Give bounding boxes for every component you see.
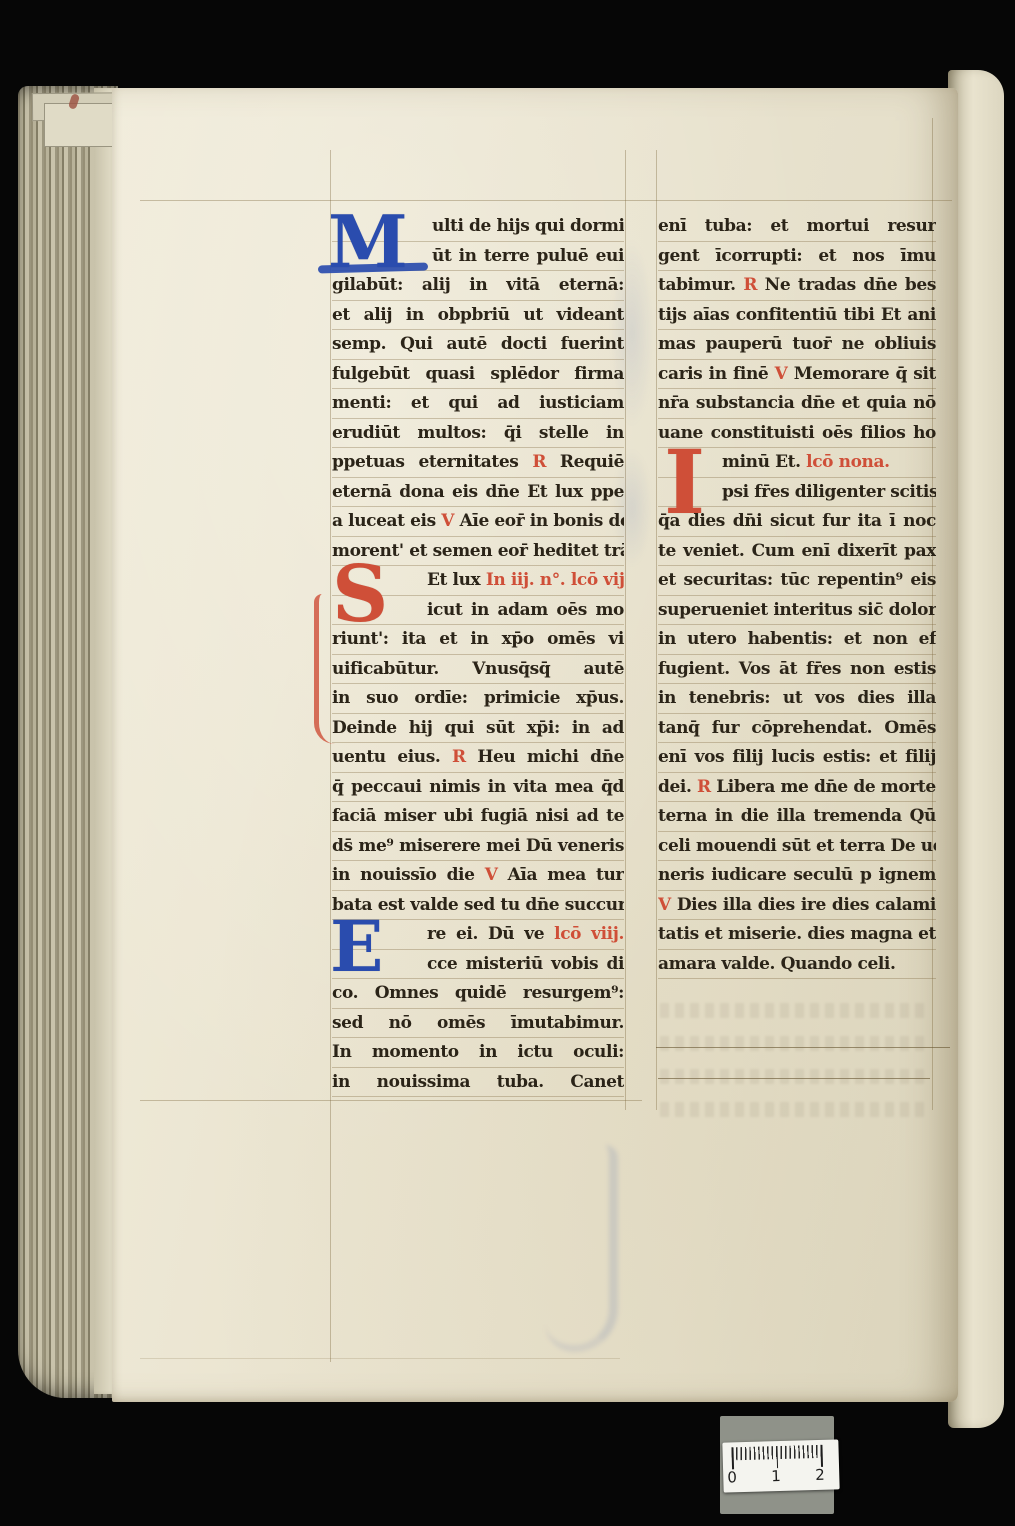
manuscript-line: terna in die illa tremenda Qū [658, 802, 936, 832]
manuscript-line: tabimur. R Ne tradas dn̄e bes [658, 271, 936, 301]
ruling-line-bottom-faint [140, 1358, 620, 1359]
ink-text: tabimur. [658, 275, 743, 295]
manuscript-line: te veniet. Cum enī dixerīt pax [658, 537, 936, 567]
manuscript-line: q̄ peccaui nimis in vita mea q̄d [332, 773, 624, 803]
photo-backdrop: ulti de hijs qui dormiūt in terre puluē … [0, 0, 1015, 1526]
showthrough-flourish [545, 1145, 618, 1352]
manuscript-line: in nouissima tuba. Canet [332, 1068, 624, 1098]
text-column-left: ulti de hijs qui dormiūt in terre puluē … [332, 212, 624, 1097]
manuscript-line: nr̄a substancia dn̄e et quia nō [658, 389, 936, 419]
ink-text: q̄ peccaui nimis in vita mea q̄d [332, 777, 624, 797]
ink-text: et securitas: tūc repentin⁹ eis [658, 570, 936, 590]
ink-text: in nouissima tuba. Canet [332, 1072, 624, 1092]
rubric-text: In iij. n°. lcō vij [486, 570, 624, 590]
ruler-tick-2 [820, 1445, 822, 1467]
ink-text: uificabūtur. Vnusq̄sq̄ autē [332, 659, 624, 679]
ink-text: nr̄a substancia dn̄e et quia nō [658, 393, 936, 413]
ink-text: erudiūt multos: q̄i stelle in [332, 423, 624, 443]
manuscript-line: superueniet interitus sic̄ dolor [658, 596, 936, 626]
rubric-text: V [441, 511, 454, 531]
ruling-line-col1-left [330, 150, 331, 1362]
manuscript-line: enī tuba: et mortui resur [658, 212, 936, 242]
manuscript-page: ulti de hijs qui dormiūt in terre puluē … [112, 88, 958, 1402]
rubric-text: R [452, 747, 466, 767]
ruler-label-2: 2 [815, 1466, 825, 1484]
manuscript-line: V Dies illa dies ire dies calami [658, 891, 936, 921]
showthrough-text [660, 1069, 930, 1084]
ink-text: ūt in terre puluē eui [432, 246, 624, 266]
manuscript-line: sed nō omēs īmutabimur. [332, 1009, 624, 1039]
manuscript-line: a luceat eis V Aīe eor̄ in bonis de [332, 507, 624, 537]
rubric-text: R [532, 452, 546, 472]
ink-text: Requiē [546, 452, 624, 472]
rubric-text: R [743, 275, 757, 295]
ink-text: icut in adam oēs mo [427, 600, 624, 620]
ink-text: Libera me dn̄e de morte e [711, 777, 936, 797]
manuscript-line: in tenebris: ut vos dies illa [658, 684, 936, 714]
ink-text: celi mouendi sūt et terra De ue [658, 836, 936, 856]
manuscript-line: uentu eius. R Heu michi dn̄e [332, 743, 624, 773]
ink-text: Ne tradas dn̄e bes [757, 275, 936, 295]
ruler-label-0: 0 [727, 1468, 737, 1486]
ruling-line-top [140, 200, 952, 201]
ink-text: Et lux [427, 570, 486, 590]
ruler-label-1: 1 [771, 1467, 781, 1485]
manuscript-line: uificabūtur. Vnusq̄sq̄ autē [332, 655, 624, 685]
ink-text: te veniet. Cum enī dixerīt pax [658, 541, 936, 561]
manuscript-line: amara valde. Quando celi. [658, 950, 936, 980]
manuscript-line: in nouissīo die V Aīa mea tur [332, 861, 624, 891]
illuminated-initial-E: E [330, 912, 383, 982]
ink-text: In momento in ictu oculi: [332, 1042, 624, 1062]
manuscript-line: faciā miser ubi fugiā nisi ad te [332, 802, 624, 832]
ink-text: in utero habentis: et non ef [658, 629, 936, 649]
manuscript-line: tijs aīas confitentiū tibi Et ani [658, 301, 936, 331]
manuscript-line: et alij in obpbriū ut videant [332, 301, 624, 331]
ink-text: fugient. Vos āt fr̄es non estis [658, 659, 936, 679]
ink-text: Aīe eor̄ in bonis de [454, 511, 624, 531]
ink-text: in suo ordīe: primicie xp̄us. [332, 688, 624, 708]
ink-text: caris in finē [658, 364, 775, 384]
manuscript-line: mas pauperū tuor̄ ne obliuis [658, 330, 936, 360]
illuminated-initial-S: S [332, 556, 388, 634]
ink-text: Dies illa dies ire dies calami [671, 895, 936, 915]
ink-text: tanq̄ fur cōprehendat. Omēs [658, 718, 936, 738]
ink-text: tijs aīas confitentiū tibi Et ani [658, 305, 936, 325]
manuscript-line: neris iudicare seculū p ignem [658, 861, 936, 891]
manuscript-line: in suo ordīe: primicie xp̄us. [332, 684, 624, 714]
manuscript-line: ppetuas eternitates R Requiē [332, 448, 624, 478]
manuscript-line: fugient. Vos āt fr̄es non estis [658, 655, 936, 685]
ink-text: ds̄ me⁹ miserere mei Dū veneris [332, 836, 624, 856]
manuscript-line: eternā dona eis dn̄e Et lux ppe [332, 478, 624, 508]
rubric-text: R [697, 777, 711, 797]
manuscript-line: semp. Qui autē docti fuerint [332, 330, 624, 360]
rubric-text: V [485, 865, 498, 885]
manuscript-line: enī vos filij lucis estis: et filij [658, 743, 936, 773]
illuminated-initial-M: M [328, 206, 408, 278]
ink-text: neris iudicare seculū p ignem [658, 865, 936, 885]
rubric-text: lcō nona. [806, 452, 889, 472]
ink-text: Memorare q̄ sit [787, 364, 936, 384]
manuscript-line: erudiūt multos: q̄i stelle in [332, 419, 624, 449]
ruler: 0 1 2 [722, 1439, 839, 1492]
ink-text: et alij in obpbriū ut videant [332, 305, 624, 325]
manuscript-line: celi mouendi sūt et terra De ue [658, 832, 936, 862]
manuscript-line: caris in finē V Memorare q̄ sit [658, 360, 936, 390]
ink-text: terna in die illa tremenda Qū [658, 806, 936, 826]
ink-text: a luceat eis [332, 511, 441, 531]
manuscript-line: In momento in ictu oculi: [332, 1038, 624, 1068]
ink-text: Aīa mea tur [497, 865, 624, 885]
ink-text: faciā miser ubi fugiā nisi ad te [332, 806, 624, 826]
ink-text: in tenebris: ut vos dies illa [658, 688, 936, 708]
ink-text: semp. Qui autē docti fuerint [332, 334, 624, 354]
ink-text: enī vos filij lucis estis: et filij [658, 747, 936, 767]
ink-text: in nouissīo die [332, 865, 485, 885]
text-column-right: enī tuba: et mortui resurgent īcorrupti:… [658, 212, 936, 979]
ink-text: amara valde. Quando celi. [658, 954, 896, 974]
ink-text: tatis et miserie. dies magna et [658, 924, 936, 944]
manuscript-line: tatis et miserie. dies magna et [658, 920, 936, 950]
ink-text: ulti de hijs qui dormi [432, 216, 624, 236]
ink-text: fulgebūt quasi splēdor firma [332, 364, 624, 384]
ruling-line-col1-bottom [140, 1100, 642, 1101]
ink-text: Deinde hij qui sūt xp̄i: in ad [332, 718, 624, 738]
ink-text: uentu eius. [332, 747, 452, 767]
showthrough-text [660, 1102, 930, 1117]
showthrough-text [660, 1003, 930, 1018]
ink-text: sed nō omēs īmutabimur. [332, 1013, 624, 1033]
ink-text: psi fr̄es diligenter scitis: [722, 482, 936, 502]
ink-text: minū Et. [722, 452, 806, 472]
manuscript-line: in utero habentis: et non ef [658, 625, 936, 655]
ink-text: mas pauperū tuor̄ ne obliuis [658, 334, 936, 354]
manuscript-line: gent īcorrupti: et nos īmu [658, 242, 936, 272]
manuscript-line: ds̄ me⁹ miserere mei Dū veneris [332, 832, 624, 862]
ink-text: menti: et qui ad iusticiam [332, 393, 624, 413]
rubric-text: lcō viij. [554, 924, 624, 944]
illuminated-initial-I: I [664, 438, 705, 526]
rubric-text: V [658, 895, 671, 915]
rubric-text: V [775, 364, 788, 384]
ink-text: re ei. Dū ve [427, 924, 554, 944]
ink-text: cce misteriū vobis di [427, 954, 624, 974]
ink-text: dei. [658, 777, 697, 797]
showthrough-text [660, 1036, 930, 1051]
ink-text: gent īcorrupti: et nos īmu [658, 246, 936, 266]
manuscript-line: dei. R Libera me dn̄e de morte e [658, 773, 936, 803]
manuscript-line: Deinde hij qui sūt xp̄i: in ad [332, 714, 624, 744]
ruling-line-col2-left [656, 150, 657, 1110]
ink-text: superueniet interitus sic̄ dolor [658, 600, 936, 620]
manuscript-line: fulgebūt quasi splēdor firma [332, 360, 624, 390]
ink-text: eternā dona eis dn̄e Et lux ppe [332, 482, 624, 502]
manuscript-line: tanq̄ fur cōprehendat. Omēs [658, 714, 936, 744]
ink-text: enī tuba: et mortui resur [658, 216, 936, 236]
ink-text: ppetuas eternitates [332, 452, 532, 472]
ink-text: Heu michi dn̄e [466, 747, 624, 767]
manuscript-line: menti: et qui ad iusticiam [332, 389, 624, 419]
manuscript-line: et securitas: tūc repentin⁹ eis [658, 566, 936, 596]
